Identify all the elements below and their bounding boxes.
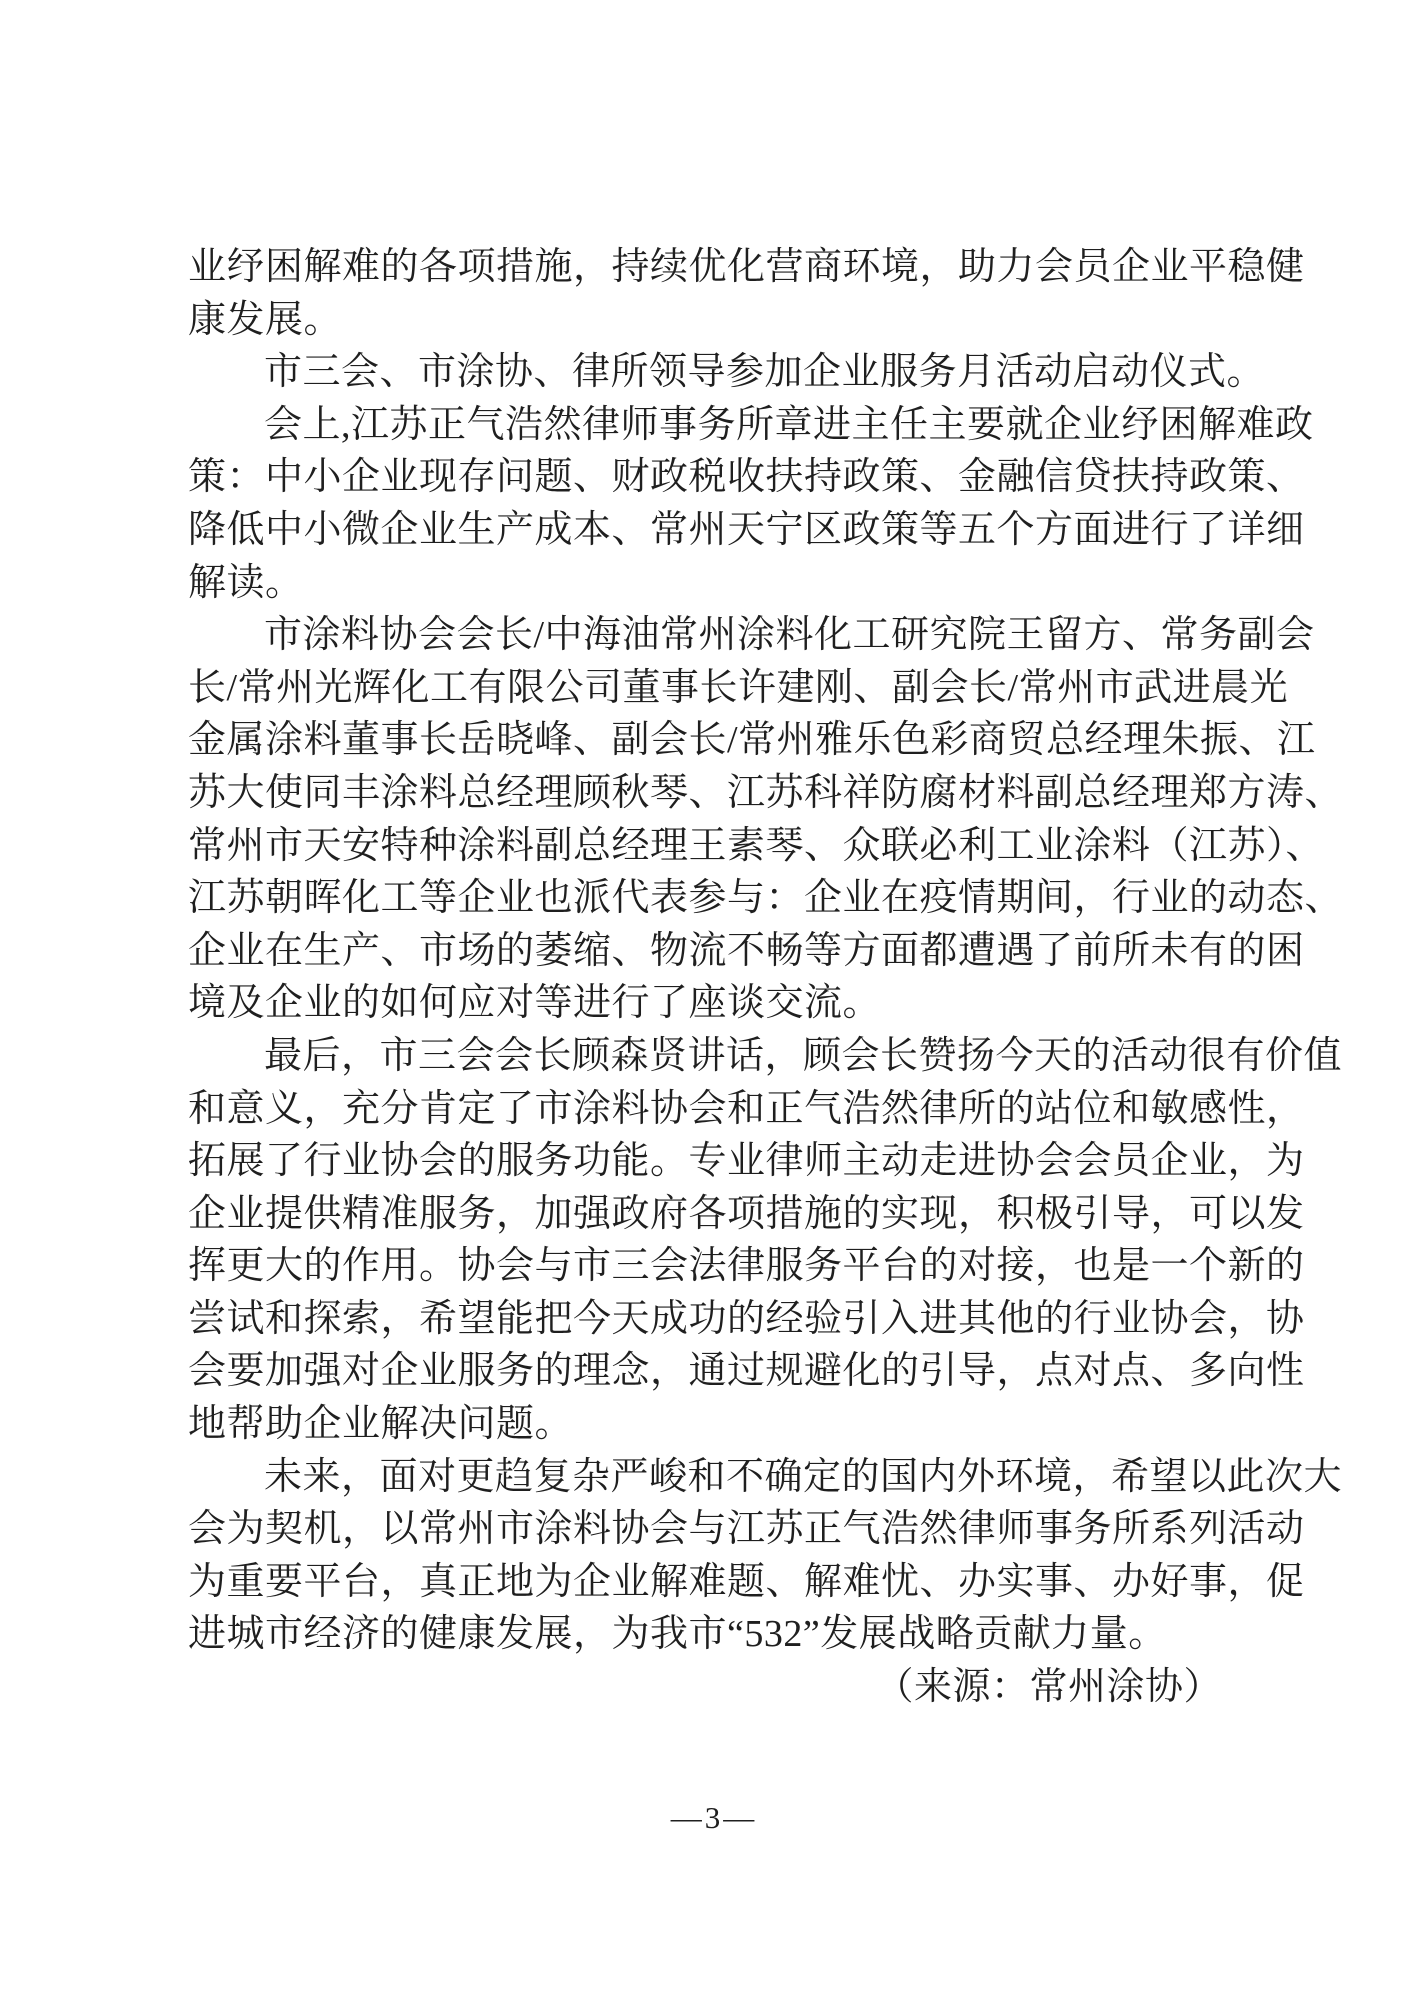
- text-line: 企业提供精准服务，加强政府各项措施的实现，积极引导，可以发: [188, 1188, 1240, 1241]
- text-line: 未来，面对更趋复杂严峻和不确定的国内外环境，希望以此次大: [188, 1451, 1240, 1504]
- text-line: 业纾困解难的各项措施，持续优化营商环境，助力会员企业平稳健: [188, 241, 1240, 294]
- text-line: 企业在生产、市场的萎缩、物流不畅等方面都遭遇了前所未有的困: [188, 925, 1240, 978]
- text-line: 地帮助企业解决问题。: [188, 1398, 1240, 1451]
- paragraph: 会上,江苏正气浩然律师事务所章进主任主要就企业纾困解难政策：中小企业现存问题、财…: [188, 399, 1240, 609]
- paragraph: 市三会、市涂协、律所领导参加企业服务月活动启动仪式。: [188, 346, 1240, 399]
- text-line: 会上,江苏正气浩然律师事务所章进主任主要就企业纾困解难政: [188, 399, 1240, 452]
- text-line: 最后，市三会会长顾森贤讲话，顾会长赞扬今天的活动很有价值: [188, 1030, 1240, 1083]
- text-line: 金属涂料董事长岳晓峰、副会长/常州雅乐色彩商贸总经理朱振、江: [188, 714, 1240, 767]
- text-line: 市三会、市涂协、律所领导参加企业服务月活动启动仪式。: [188, 346, 1240, 399]
- text-line: 降低中小微企业生产成本、常州天宁区政策等五个方面进行了详细: [188, 504, 1240, 557]
- text-line: 江苏朝晖化工等企业也派代表参与：企业在疫情期间，行业的动态、: [188, 872, 1240, 925]
- text-line: 尝试和探索，希望能把今天成功的经验引入进其他的行业协会，协: [188, 1293, 1240, 1346]
- text-line: 挥更大的作用。协会与市三会法律服务平台的对接，也是一个新的: [188, 1240, 1240, 1293]
- text-line: 市涂料协会会长/中海油常州涂料化工研究院王留方、常务副会: [188, 609, 1240, 662]
- text-line: （来源：常州涂协）: [188, 1661, 1240, 1714]
- paragraph: 最后，市三会会长顾森贤讲话，顾会长赞扬今天的活动很有价值和意义，充分肯定了市涂料…: [188, 1030, 1240, 1451]
- paragraph: 未来，面对更趋复杂严峻和不确定的国内外环境，希望以此次大会为契机，以常州市涂料协…: [188, 1451, 1240, 1661]
- text-line: 进城市经济的健康发展，为我市“532”发展战略贡献力量。: [188, 1608, 1240, 1661]
- text-line: 和意义，充分肯定了市涂料协会和正气浩然律所的站位和敏感性，: [188, 1083, 1240, 1136]
- text-line: 解读。: [188, 557, 1240, 610]
- text-line: 策：中小企业现存问题、财政税收扶持政策、金融信贷扶持政策、: [188, 451, 1240, 504]
- text-line: 长/常州光辉化工有限公司董事长许建刚、副会长/常州市武进晨光: [188, 662, 1240, 715]
- document-page: 业纾困解难的各项措施，持续优化营商环境，助力会员企业平稳健康发展。市三会、市涂协…: [0, 0, 1415, 2000]
- text-line: 康发展。: [188, 294, 1240, 347]
- page-number: —3—: [188, 1800, 1240, 1836]
- paragraph: 业纾困解难的各项措施，持续优化营商环境，助力会员企业平稳健康发展。: [188, 241, 1240, 346]
- text-line: 拓展了行业协会的服务功能。专业律师主动走进协会会员企业，为: [188, 1135, 1240, 1188]
- paragraph: （来源：常州涂协）: [188, 1661, 1240, 1714]
- text-line: 会为契机，以常州市涂料协会与江苏正气浩然律师事务所系列活动: [188, 1503, 1240, 1556]
- document-body: 业纾困解难的各项措施，持续优化营商环境，助力会员企业平稳健康发展。市三会、市涂协…: [188, 241, 1240, 1714]
- paragraph: 市涂料协会会长/中海油常州涂料化工研究院王留方、常务副会长/常州光辉化工有限公司…: [188, 609, 1240, 1030]
- text-line: 常州市天安特种涂料副总经理王素琴、众联必利工业涂料（江苏）、: [188, 820, 1240, 873]
- text-line: 会要加强对企业服务的理念，通过规避化的引导，点对点、多向性: [188, 1345, 1240, 1398]
- text-line: 苏大使同丰涂料总经理顾秋琴、江苏科祥防腐材料副总经理郑方涛、: [188, 767, 1240, 820]
- text-line: 境及企业的如何应对等进行了座谈交流。: [188, 977, 1240, 1030]
- text-line: 为重要平台，真正地为企业解难题、解难忧、办实事、办好事，促: [188, 1556, 1240, 1609]
